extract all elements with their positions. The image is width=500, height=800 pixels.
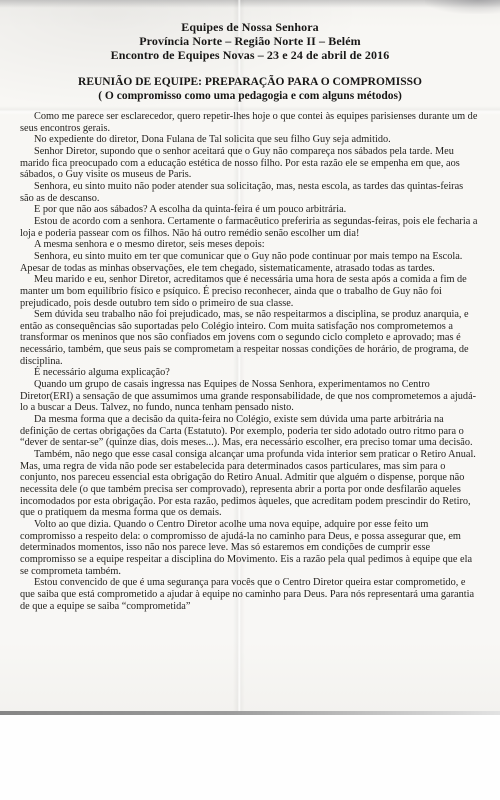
body-paragraph: Como me parece ser esclarecedor, quero r…: [20, 111, 479, 134]
meeting-title-line: REUNIÃO DE EQUIPE: PREPARAÇÃO PARA O COM…: [0, 75, 500, 89]
body-paragraph: Da mesma forma que a decisão da quita-fe…: [20, 414, 479, 449]
body-paragraph: Volto ao que dizia. Quando o Centro Dire…: [20, 519, 479, 577]
body-paragraph: Quando um grupo de casais ingressa nas E…: [20, 379, 479, 414]
body-paragraph: Meu marido e eu, senhor Diretor, acredit…: [20, 274, 479, 309]
body-paragraph: Senhora, eu sinto muito não poder atende…: [20, 181, 479, 204]
body-paragraph: Estou de acordo com a senhora. Certament…: [20, 216, 479, 239]
body-paragraph: Estou convencido de que é uma segurança …: [20, 577, 479, 612]
paper-page: Equipes de Nossa Senhora Província Norte…: [0, 0, 500, 712]
event-date-line: Encontro de Equipes Novas – 23 e 24 de a…: [0, 48, 500, 62]
document-header: Equipes de Nossa Senhora Província Norte…: [0, 0, 500, 62]
body-paragraph: A mesma senhora e o mesmo diretor, seis …: [20, 239, 479, 251]
body-paragraph: Senhora, eu sinto muito em ter que comun…: [20, 251, 479, 274]
body-paragraph: É necessário alguma explicação?: [20, 367, 479, 379]
scan-background: [0, 715, 500, 800]
province-region-line: Província Norte – Região Norte II – Belé…: [0, 34, 500, 48]
document-body: Como me parece ser esclarecedor, quero r…: [20, 111, 479, 612]
meeting-subtitle-line: ( O compromisso como uma pedagogia e com…: [0, 89, 500, 103]
body-paragraph: No expediente do diretor, Dona Fulana de…: [20, 134, 479, 146]
body-paragraph: E por que não aos sábados? A escolha da …: [20, 204, 479, 216]
scanned-document: Equipes de Nossa Senhora Província Norte…: [0, 0, 500, 800]
body-paragraph: Sem dúvida seu trabalho não foi prejudic…: [20, 309, 479, 367]
document-title: REUNIÃO DE EQUIPE: PREPARAÇÃO PARA O COM…: [0, 75, 500, 103]
org-name: Equipes de Nossa Senhora: [0, 20, 500, 34]
body-paragraph: Também, não nego que esse casal consiga …: [20, 449, 479, 519]
body-paragraph: Senhor Diretor, supondo que o senhor ace…: [20, 146, 479, 181]
